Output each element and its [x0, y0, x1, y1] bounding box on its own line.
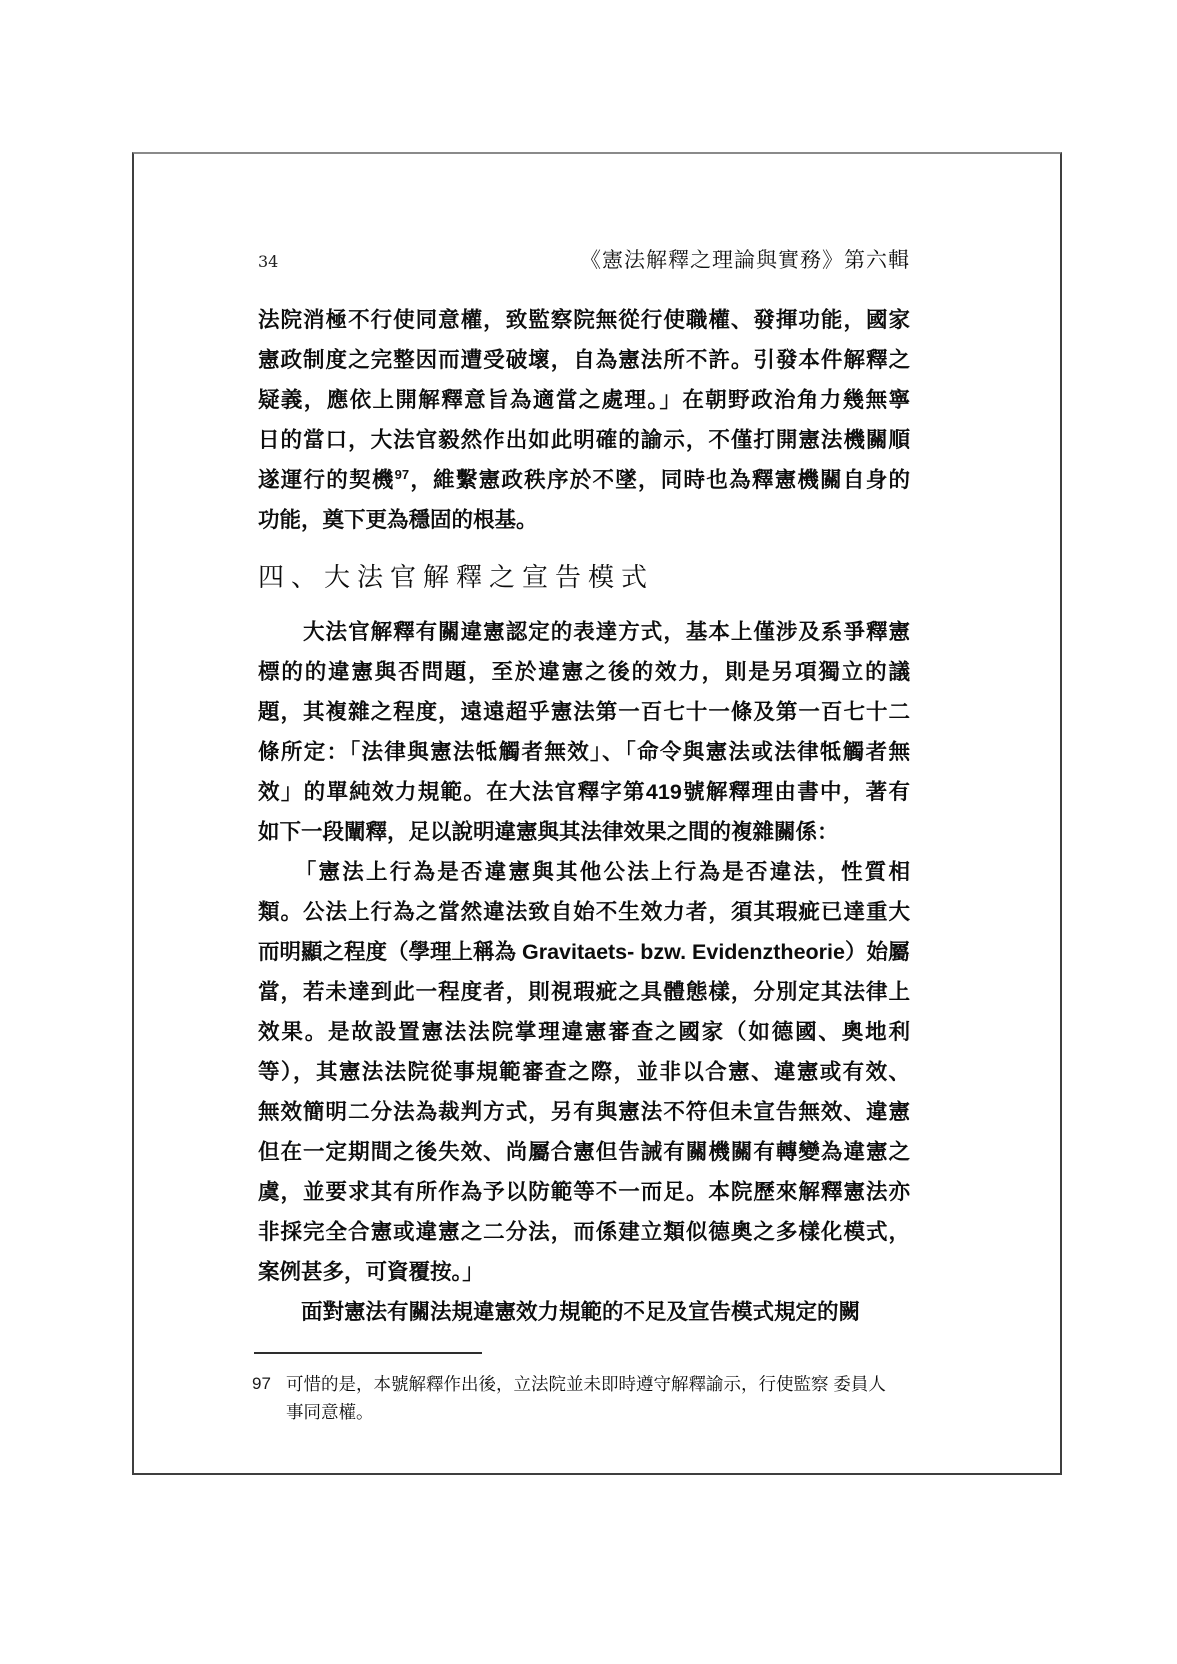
text-line: 事同意權。	[286, 1398, 910, 1426]
text-line: 題，其複雜之程度，遠遠超乎憲法第一百七十一條及第一百七十二	[258, 692, 910, 732]
text-line: 無效簡明二分法為裁判方式，另有與憲法不符但未宣告無效、違憲	[258, 1092, 910, 1132]
paragraph: 「憲法上行為是否違憲與其他公法上行為是否違法，性質相類。公法上行為之當然違法致自…	[258, 852, 910, 1292]
text-line: 日的當口，大法官毅然作出如此明確的諭示，不僅打開憲法機關順	[258, 420, 910, 460]
footnote-number: 97	[252, 1370, 286, 1398]
paragraph: 大法官解釋有關違憲認定的表達方式，基本上僅涉及系爭釋憲標的的違憲與否問題，至於違…	[258, 612, 910, 852]
page-number: 34	[258, 252, 278, 271]
page-header: 34 《憲法解釋之理論與實務》第六輯	[258, 244, 910, 274]
footnote-block: 97 可惜的是，本號解釋作出後，立法院並未即時遵守解釋諭示，行使監察 委員人事同…	[258, 1352, 910, 1426]
text-line: 條所定：「法律與憲法牴觸者無效」、「命令與憲法或法律牴觸者無	[258, 732, 910, 772]
text-line: 當，若未達到此一程度者，則視瑕疵之具體態樣，分別定其法律上	[258, 972, 910, 1012]
text-line: 如下一段闡釋，足以說明違憲與其法律效果之間的複雜關係：	[258, 812, 910, 852]
footnote-text: 可惜的是，本號解釋作出後，立法院並未即時遵守解釋諭示，行使監察 委員人事同意權。	[286, 1370, 910, 1426]
running-header: 《憲法解釋之理論與實務》第六輯	[580, 244, 910, 274]
text-line: 但在一定期間之後失效、尚屬合憲但告誡有關機關有轉變為違憲之	[258, 1132, 910, 1172]
text-line: 憲政制度之完整因而遭受破壞，自為憲法所不許。引發本件解釋之	[258, 340, 910, 380]
text-line: 「憲法上行為是否違憲與其他公法上行為是否違法，性質相	[258, 852, 910, 892]
page-sheet: 34 《憲法解釋之理論與實務》第六輯 法院消極不行使同意權，致監察院無從行使職權…	[132, 152, 1062, 1475]
text-line: 疑義，應依上開解釋意旨為適當之處理。」在朝野政治角力幾無寧	[258, 380, 910, 420]
text-line: 四、大法官解釋之宣告模式	[258, 556, 910, 600]
text-line: 標的的違憲與否問題，至於違憲之後的效力，則是另項獨立的議	[258, 652, 910, 692]
paragraph: 法院消極不行使同意權，致監察院無從行使職權、發揮功能，國家憲政制度之完整因而遭受…	[258, 300, 910, 540]
text-line: 大法官解釋有關違憲認定的表達方式，基本上僅涉及系爭釋憲	[258, 612, 910, 652]
text-line: 效」的單純效力規範。在大法官釋字第419號解釋理由書中，著有	[258, 772, 910, 812]
text-line: 功能，奠下更為穩固的根基。	[258, 500, 910, 540]
text-line: 類。公法上行為之當然違法致自始不生效力者，須其瑕疵已達重大	[258, 892, 910, 932]
text-line: 法院消極不行使同意權，致監察院無從行使職權、發揮功能，國家	[258, 300, 910, 340]
text-line: 等），其憲法法院從事規範審查之際，並非以合憲、違憲或有效、	[258, 1052, 910, 1092]
body-text: 法院消極不行使同意權，致監察院無從行使職權、發揮功能，國家憲政制度之完整因而遭受…	[258, 300, 910, 1332]
footnote-divider	[254, 1352, 482, 1354]
text-line: 而明顯之程度（學理上稱為 Gravitaets- bzw. Evidenzthe…	[258, 932, 910, 972]
scan-background: 34 《憲法解釋之理論與實務》第六輯 法院消極不行使同意權，致監察院無從行使職權…	[0, 0, 1177, 1664]
footnote-ref: 97	[395, 467, 409, 482]
footnote: 97 可惜的是，本號解釋作出後，立法院並未即時遵守解釋諭示，行使監察 委員人事同…	[258, 1370, 910, 1426]
text-line: 虞，並要求其有所作為予以防範等不一而足。本院歷來解釋憲法亦	[258, 1172, 910, 1212]
paragraph: 面對憲法有關法規違憲效力規範的不足及宣告模式規定的闕	[258, 1292, 910, 1332]
text-line: 可惜的是，本號解釋作出後，立法院並未即時遵守解釋諭示，行使監察 委員人	[286, 1370, 910, 1398]
page-content: 34 《憲法解釋之理論與實務》第六輯 法院消極不行使同意權，致監察院無從行使職權…	[258, 244, 910, 1426]
text-line: 非採完全合憲或違憲之二分法，而係建立類似德奧之多樣化模式，	[258, 1212, 910, 1252]
text-line: 案例甚多，可資覆按。」	[258, 1252, 910, 1292]
text-line: 遂運行的契機97，維繫憲政秩序於不墜，同時也為釋憲機關自身的	[258, 460, 910, 500]
text-line: 效果。是故設置憲法法院掌理違憲審查之國家（如德國、奧地利	[258, 1012, 910, 1052]
text-line: 面對憲法有關法規違憲效力規範的不足及宣告模式規定的闕	[258, 1292, 910, 1332]
section-heading: 四、大法官解釋之宣告模式	[258, 556, 910, 600]
